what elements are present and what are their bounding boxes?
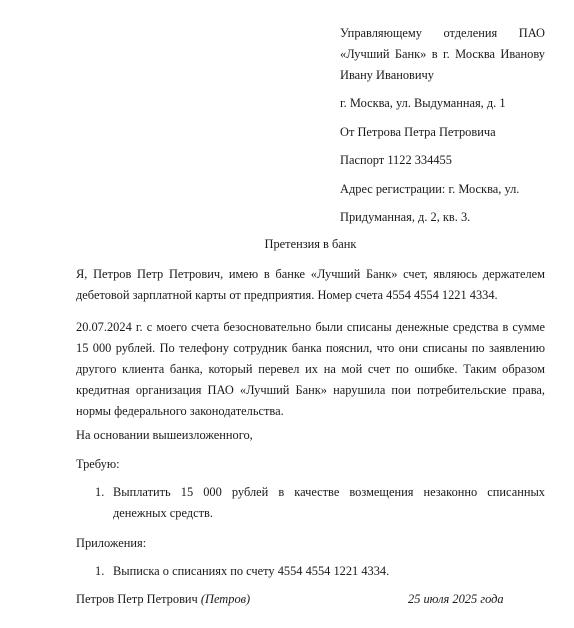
document-body: Я, Петров Петр Петрович, имею в банке «Л…: [76, 264, 545, 582]
signer-name: Петров Петр Петрович: [76, 592, 198, 606]
demands-list: 1. Выплатить 15 000 рублей в качестве во…: [76, 482, 545, 524]
recipient: Управляющему отделения ПАО «Лучший Банк»…: [340, 23, 545, 86]
paragraph-intro: Я, Петров Петр Петрович, имею в банке «Л…: [76, 264, 545, 306]
list-item: 1. Выписка о списаниях по счету 4554 455…: [76, 561, 545, 582]
attachments-heading: Приложения:: [76, 533, 545, 554]
list-text: Выписка о списаниях по счету 4554 4554 1…: [113, 564, 389, 578]
document-title: Претензия в банк: [76, 234, 545, 255]
addressee-block: Управляющему отделения ПАО «Лучший Банк»…: [340, 23, 545, 228]
paragraph-incident: 20.07.2024 г. с моего счета безосновател…: [76, 317, 545, 422]
passport: Паспорт 1122 334455: [340, 150, 545, 171]
recipient-address: г. Москва, ул. Выдуманная, д. 1: [340, 93, 545, 114]
paragraph-basis: На основании вышеизложенного,: [76, 425, 545, 446]
sender: От Петрова Петра Петровича: [340, 122, 545, 143]
document-page: Управляющему отделения ПАО «Лучший Банк»…: [0, 0, 574, 628]
attachments-list: 1. Выписка о списаниях по счету 4554 455…: [76, 561, 545, 582]
demands-heading: Требую:: [76, 454, 545, 475]
registration-address-line1: Адрес регистрации: г. Москва, ул.: [340, 179, 545, 200]
signature-date: 25 июля 2025 года: [408, 589, 504, 610]
registration-address-line2: Придуманная, д. 2, кв. 3.: [340, 207, 545, 228]
list-number: 1.: [95, 482, 104, 503]
handwritten-signature: (Петров): [201, 592, 250, 606]
signature-block: Петров Петр Петрович (Петров): [76, 589, 250, 610]
list-item: 1. Выплатить 15 000 рублей в качестве во…: [76, 482, 545, 524]
list-number: 1.: [95, 561, 104, 582]
list-text: Выплатить 15 000 рублей в качестве возме…: [113, 485, 545, 520]
